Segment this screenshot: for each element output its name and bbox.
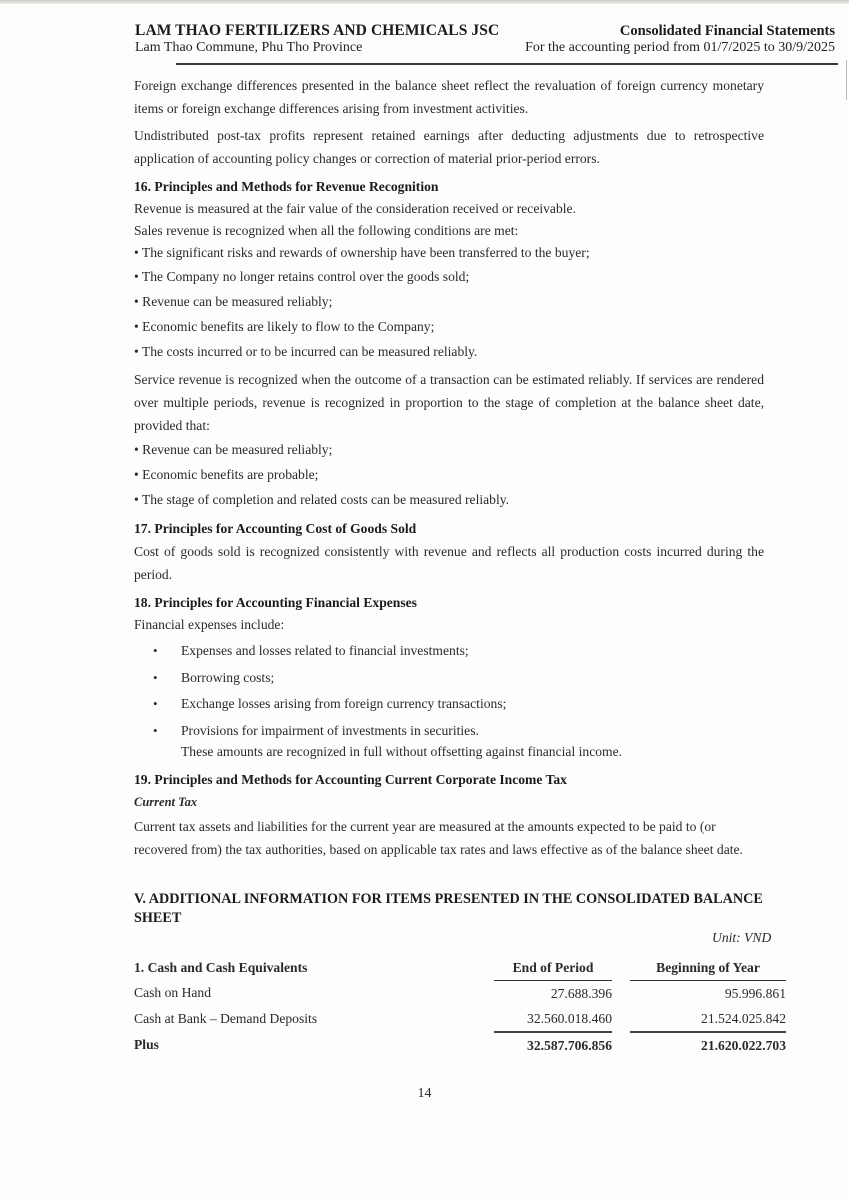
current-tax-paragraph: Current tax assets and liabilities for t… — [134, 815, 764, 861]
sales-condition: • Revenue can be measured reliably; — [134, 289, 764, 314]
sales-condition: • The costs incurred or to be incurred c… — [134, 339, 764, 364]
cogs-paragraph: Cost of goods sold is recognized consist… — [134, 540, 764, 586]
section-19-heading: 19. Principles and Methods for Accountin… — [134, 769, 764, 791]
sales-revenue-intro: Sales revenue is recognized when all the… — [134, 220, 764, 242]
sales-condition: • Economic benefits are likely to flow t… — [134, 314, 764, 339]
unit-label: Unit: VND — [712, 930, 771, 946]
service-revenue-paragraph: Service revenue is recognized when the o… — [134, 368, 764, 437]
list-item: Exchange losses arising from foreign cur… — [134, 691, 764, 718]
cash-equivalents-table: 1. Cash and Cash Equivalents End of Peri… — [134, 955, 786, 1058]
table-header-row: 1. Cash and Cash Equivalents End of Peri… — [134, 955, 786, 981]
list-item: Expenses and losses related to financial… — [134, 638, 764, 665]
total-end-of-period: 32.587.706.856 — [494, 1032, 612, 1058]
header-divider — [176, 63, 838, 65]
section-17-heading: 17. Principles for Accounting Cost of Go… — [134, 518, 764, 540]
page-number: 14 — [0, 1086, 849, 1102]
column-header-end-of-period: End of Period — [494, 955, 612, 981]
scan-right-edge — [846, 60, 847, 100]
beginning-of-year-value: 95.996.861 — [630, 981, 786, 1007]
page-header: LAM THAO FERTILIZERS AND CHEMICALS JSC C… — [135, 22, 837, 56]
service-condition: • Economic benefits are probable; — [134, 462, 764, 487]
service-condition: • The stage of completion and related co… — [134, 487, 764, 512]
undistributed-profits-paragraph: Undistributed post-tax profits represent… — [134, 124, 764, 170]
table-row: Cash at Bank – Demand Deposits 32.560.01… — [134, 1006, 786, 1032]
financial-expenses-note: These amounts are recognized in full wit… — [134, 741, 764, 763]
document-body: Foreign exchange differences presented i… — [134, 74, 764, 861]
service-condition: • Revenue can be measured reliably; — [134, 437, 764, 462]
financial-expenses-list: Expenses and losses related to financial… — [134, 638, 764, 744]
total-label: Plus — [134, 1032, 494, 1058]
reporting-period: For the accounting period from 01/7/2025… — [525, 40, 835, 56]
table-total-row: Plus 32.587.706.856 21.620.022.703 — [134, 1032, 786, 1058]
table-title: 1. Cash and Cash Equivalents — [134, 955, 494, 981]
statement-title: Consolidated Financial Statements — [620, 23, 835, 40]
beginning-of-year-value: 21.524.025.842 — [630, 1006, 786, 1032]
company-address: Lam Thao Commune, Phu Tho Province — [135, 40, 362, 56]
company-name: LAM THAO FERTILIZERS AND CHEMICALS JSC — [135, 22, 499, 40]
revenue-measurement-text: Revenue is measured at the fair value of… — [134, 198, 764, 220]
sales-condition: • The Company no longer retains control … — [134, 264, 764, 289]
scan-top-edge — [0, 0, 849, 4]
end-of-period-value: 32.560.018.460 — [494, 1006, 612, 1032]
section-16-heading: 16. Principles and Methods for Revenue R… — [134, 176, 764, 198]
sales-condition: • The significant risks and rewards of o… — [134, 242, 764, 264]
fx-differences-paragraph: Foreign exchange differences presented i… — [134, 74, 764, 120]
section-18-heading: 18. Principles for Accounting Financial … — [134, 592, 764, 614]
section-v-heading: V. ADDITIONAL INFORMATION FOR ITEMS PRES… — [134, 890, 774, 928]
column-header-beginning-of-year: Beginning of Year — [630, 955, 786, 981]
total-beginning-of-year: 21.620.022.703 — [630, 1032, 786, 1058]
row-label: Cash at Bank – Demand Deposits — [134, 1006, 494, 1032]
list-item: Borrowing costs; — [134, 665, 764, 692]
row-label: Cash on Hand — [134, 981, 494, 1007]
financial-expenses-intro: Financial expenses include: — [134, 614, 764, 636]
current-tax-subheading: Current Tax — [134, 791, 764, 813]
table-row: Cash on Hand 27.688.396 95.996.861 — [134, 981, 786, 1007]
list-item: Provisions for impairment of investments… — [134, 718, 764, 745]
end-of-period-value: 27.688.396 — [494, 981, 612, 1007]
